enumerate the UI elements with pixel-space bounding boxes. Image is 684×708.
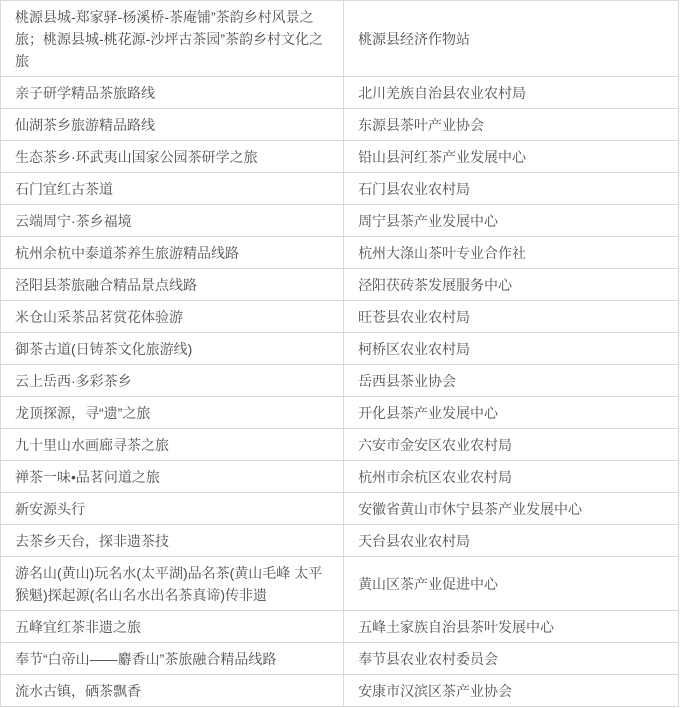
table-row: 九十里山水画廊寻茶之旅 六安市金安区农业农村局 [1, 429, 679, 461]
table-row: 石门宜红古茶道 石门县农业农村局 [1, 173, 679, 205]
table-row: 奉节“白帝山——麝香山”茶旅融合精品线路 奉节县农业农村委员会 [1, 643, 679, 675]
table-row: 米仓山采茶品茗赏花体验游 旺苍县农业农村局 [1, 301, 679, 333]
org-cell: 泾阳茯砖茶发展服务中心 [344, 269, 679, 301]
route-cell: 云端周宁·茶乡福境 [1, 205, 344, 237]
org-cell: 奉节县农业农村委员会 [344, 643, 679, 675]
table-row: 五峰宜红茶非遗之旅 五峰土家族自治县茶叶发展中心 [1, 611, 679, 643]
org-cell: 六安市金安区农业农村局 [344, 429, 679, 461]
route-cell: 五峰宜红茶非遗之旅 [1, 611, 344, 643]
table-row: 禅茶一味•品茗问道之旅 杭州市余杭区农业农村局 [1, 461, 679, 493]
table-row: 云端周宁·茶乡福境 周宁县茶产业发展中心 [1, 205, 679, 237]
org-cell: 安康市汉滨区茶产业协会 [344, 675, 679, 707]
org-cell: 五峰土家族自治县茶叶发展中心 [344, 611, 679, 643]
table-row: 亲子研学精品茶旅路线 北川羌族自治县农业农村局 [1, 77, 679, 109]
org-cell: 旺苍县农业农村局 [344, 301, 679, 333]
route-cell: 石门宜红古茶道 [1, 173, 344, 205]
tea-route-table: 桃源县城-郑家驿-杨溪桥-茶庵铺”茶韵乡村风景之旅；桃源县城-桃花源-沙坪古茶园… [0, 0, 679, 707]
table-row: 游名山(黄山)玩名水(太平湖)品名茶(黄山毛峰 太平猴魁)探起源(名山名水出名茶… [1, 557, 679, 611]
route-cell: 禅茶一味•品茗问道之旅 [1, 461, 344, 493]
table-row: 云上岳西·多彩茶乡 岳西县茶业协会 [1, 365, 679, 397]
org-cell: 岳西县茶业协会 [344, 365, 679, 397]
table-row: 御茶古道(日铸茶文化旅游线) 柯桥区农业农村局 [1, 333, 679, 365]
org-cell: 杭州大涤山茶叶专业合作社 [344, 237, 679, 269]
org-cell: 杭州市余杭区农业农村局 [344, 461, 679, 493]
route-cell: 米仓山采茶品茗赏花体验游 [1, 301, 344, 333]
table-row: 桃源县城-郑家驿-杨溪桥-茶庵铺”茶韵乡村风景之旅；桃源县城-桃花源-沙坪古茶园… [1, 1, 679, 77]
table-row: 仙湖茶乡旅游精品路线 东源县茶叶产业协会 [1, 109, 679, 141]
route-cell: 流水古镇，硒茶飘香 [1, 675, 344, 707]
page: 桃源县城-郑家驿-杨溪桥-茶庵铺”茶韵乡村风景之旅；桃源县城-桃花源-沙坪古茶园… [0, 0, 684, 708]
org-cell: 天台县农业农村局 [344, 525, 679, 557]
route-cell: 杭州余杭中泰道茶养生旅游精品线路 [1, 237, 344, 269]
route-cell: 御茶古道(日铸茶文化旅游线) [1, 333, 344, 365]
org-cell: 北川羌族自治县农业农村局 [344, 77, 679, 109]
table-row: 杭州余杭中泰道茶养生旅游精品线路 杭州大涤山茶叶专业合作社 [1, 237, 679, 269]
route-cell: 生态茶乡·环武夷山国家公园茶研学之旅 [1, 141, 344, 173]
route-cell: 桃源县城-郑家驿-杨溪桥-茶庵铺”茶韵乡村风景之旅；桃源县城-桃花源-沙坪古茶园… [1, 1, 344, 77]
org-cell: 桃源县经济作物站 [344, 1, 679, 77]
route-cell: 游名山(黄山)玩名水(太平湖)品名茶(黄山毛峰 太平猴魁)探起源(名山名水出名茶… [1, 557, 344, 611]
route-cell: 亲子研学精品茶旅路线 [1, 77, 344, 109]
org-cell: 安徽省黄山市休宁县茶产业发展中心 [344, 493, 679, 525]
org-cell: 石门县农业农村局 [344, 173, 679, 205]
route-cell: 云上岳西·多彩茶乡 [1, 365, 344, 397]
route-cell: 仙湖茶乡旅游精品路线 [1, 109, 344, 141]
org-cell: 东源县茶叶产业协会 [344, 109, 679, 141]
org-cell: 柯桥区农业农村局 [344, 333, 679, 365]
route-cell: 九十里山水画廊寻茶之旅 [1, 429, 344, 461]
table-row: 生态茶乡·环武夷山国家公园茶研学之旅 铅山县河红茶产业发展中心 [1, 141, 679, 173]
table-row: 龙顶探源，寻“遗”之旅 开化县茶产业发展中心 [1, 397, 679, 429]
org-cell: 开化县茶产业发展中心 [344, 397, 679, 429]
route-cell: 去茶乡天台，探非遗茶技 [1, 525, 344, 557]
org-cell: 黄山区茶产业促进中心 [344, 557, 679, 611]
route-cell: 龙顶探源，寻“遗”之旅 [1, 397, 344, 429]
org-cell: 铅山县河红茶产业发展中心 [344, 141, 679, 173]
table-row: 去茶乡天台，探非遗茶技 天台县农业农村局 [1, 525, 679, 557]
table-row: 流水古镇，硒茶飘香 安康市汉滨区茶产业协会 [1, 675, 679, 707]
route-cell: 泾阳县茶旅融合精品景点线路 [1, 269, 344, 301]
table-row: 新安源头行 安徽省黄山市休宁县茶产业发展中心 [1, 493, 679, 525]
route-cell: 新安源头行 [1, 493, 344, 525]
org-cell: 周宁县茶产业发展中心 [344, 205, 679, 237]
table-body: 桃源县城-郑家驿-杨溪桥-茶庵铺”茶韵乡村风景之旅；桃源县城-桃花源-沙坪古茶园… [1, 1, 679, 707]
route-cell: 奉节“白帝山——麝香山”茶旅融合精品线路 [1, 643, 344, 675]
table-row: 泾阳县茶旅融合精品景点线路 泾阳茯砖茶发展服务中心 [1, 269, 679, 301]
